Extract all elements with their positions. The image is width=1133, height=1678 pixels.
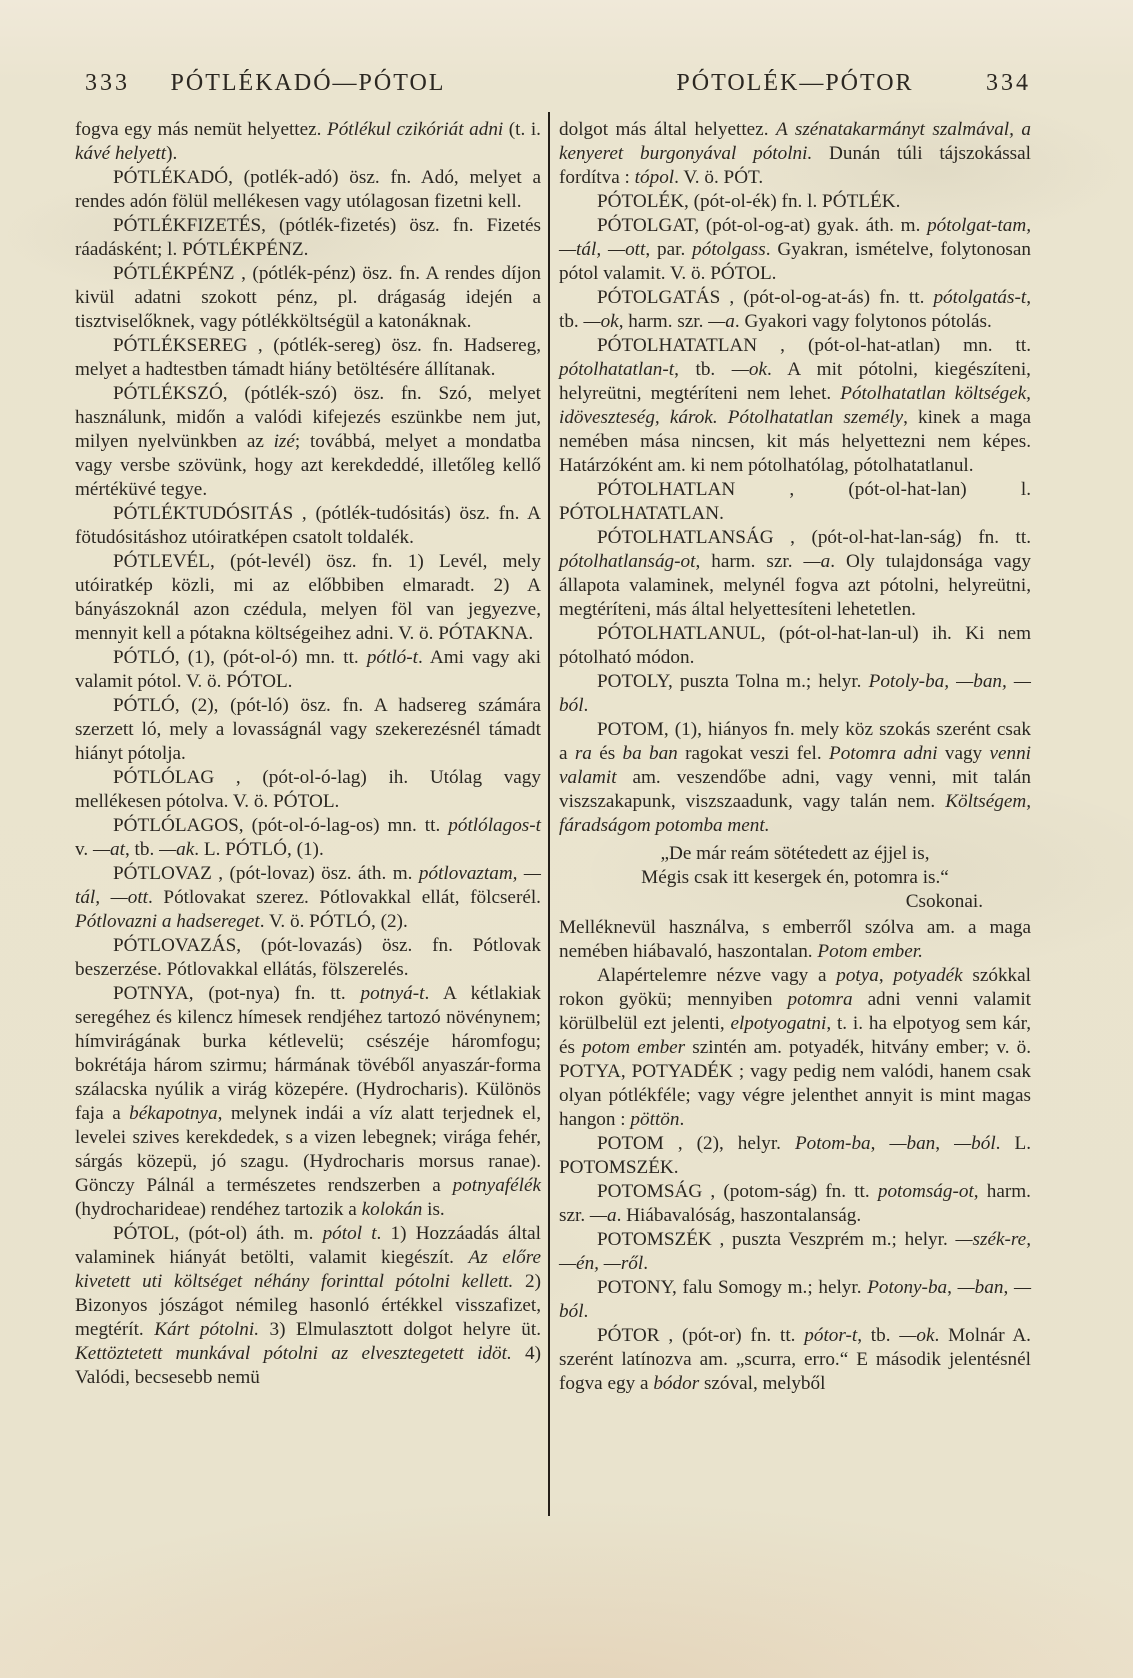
dictionary-entry: PÓTOLHATATLAN , (pót-ol-hat-atlan) mn. t… [559, 334, 1031, 478]
dictionary-entry: POTOM, (1), hiányos fn. mely köz szokás … [559, 718, 1031, 838]
dictionary-entry: PÓTOLGATÁS , (pót-ol-og-at-ás) fn. tt. p… [559, 286, 1031, 334]
dictionary-entry: PÓTOLHATLANSÁG , (pót-ol-hat-lan-ság) fn… [559, 526, 1031, 622]
dictionary-entry: PÓTLÉKSEREG , (pótlék-sereg) ösz. fn. Ha… [75, 334, 541, 382]
dictionary-entry: PÓTLÉKSZÓ, (pótlék-szó) ösz. fn. Szó, me… [75, 382, 541, 502]
running-head-title-left: PÓTLÉKADÓ—PÓTOL [171, 70, 446, 96]
page-number-right: 334 [986, 70, 1031, 97]
dictionary-entry: PÓTOR , (pót-or) fn. tt. pótor-t, tb. —o… [559, 1324, 1031, 1396]
dictionary-entry: PÓTLÉKPÉNZ , (pótlék-pénz) ösz. fn. A re… [75, 262, 541, 334]
continuation-paragraph: Melléknevül használva, s emberről szólva… [559, 916, 1031, 964]
running-head-title-right: PÓTOLÉK—PÓTOR [676, 70, 913, 96]
dictionary-entry: PÓTLÉKFIZETÉS, (pótlék-fizetés) ösz. fn.… [75, 214, 541, 262]
left-column: fogva egy más nemüt helyettez. Pótlékul … [75, 118, 541, 1390]
dictionary-entry: PÓTLÓLAG , (pót-ol-ó-lag) ih. Utólag vag… [75, 766, 541, 814]
dictionary-entry: POTOMSÁG , (potom-ság) fn. tt. potomság-… [559, 1180, 1031, 1228]
page-number-left: 333 [85, 70, 130, 97]
dictionary-entry: PÓTLÓ, (1), (pót-ol-ó) mn. tt. pótló-t. … [75, 646, 541, 694]
dictionary-entry: PÓTLÓ, (2), (pót-ló) ösz. fn. A hadsereg… [75, 694, 541, 766]
dictionary-entry: PÓTLEVÉL, (pót-levél) ösz. fn. 1) Levél,… [75, 550, 541, 646]
verse-line: „De már reám sötétedett az éjjel is, [559, 842, 1031, 866]
right-column: dolgot más által helyettez. A szénatakar… [559, 118, 1031, 1396]
dictionary-page-scan: 333 PÓTLÉKADÓ—PÓTOL PÓTOLÉK—PÓTOR 334 fo… [0, 0, 1133, 1678]
verse-attribution: Csokonai. [559, 890, 1031, 914]
column-divider-rule [548, 112, 550, 1516]
dictionary-entry: PÓTLÓLAGOS, (pót-ol-ó-lag-os) mn. tt. pó… [75, 814, 541, 862]
running-head-left: 333 PÓTLÉKADÓ—PÓTOL [75, 70, 541, 104]
dictionary-entry: PÓTOLHATLAN , (pót-ol-hat-lan) l. PÓTOLH… [559, 478, 1031, 526]
verse-line: Mégis csak itt kesergek én, potomra is.“ [559, 866, 1031, 890]
running-head-right: PÓTOLÉK—PÓTOR 334 [559, 70, 1031, 104]
dictionary-entry: POTOMSZÉK , puszta Veszprém m.; helyr. —… [559, 1228, 1031, 1276]
dictionary-entry: PÓTLOVAZ , (pót-lovaz) ösz. áth. m. pótl… [75, 862, 541, 934]
continuation-paragraph: fogva egy más nemüt helyettez. Pótlékul … [75, 118, 541, 166]
verse-quote: „De már reám sötétedett az éjjel is,Mégi… [559, 842, 1031, 914]
dictionary-entry: POTOM , (2), helyr. Potom-ba, —ban, —ból… [559, 1132, 1031, 1180]
dictionary-entry: PÓTLOVAZÁS, (pót-lovazás) ösz. fn. Pótlo… [75, 934, 541, 982]
dictionary-entry: POTNYA, (pot-nya) fn. tt. potnyá-t. A ké… [75, 982, 541, 1222]
continuation-paragraph: dolgot más által helyettez. A szénatakar… [559, 118, 1031, 190]
dictionary-entry: POTONY, falu Somogy m.; helyr. Potony-ba… [559, 1276, 1031, 1324]
dictionary-entry: PÓTOL, (pót-ol) áth. m. pótol t. 1) Hozz… [75, 1222, 541, 1390]
dictionary-entry: PÓTLÉKTUDÓSITÁS , (pótlék-tudósitás) ösz… [75, 502, 541, 550]
dictionary-entry: PÓTOLHATLANUL, (pót-ol-hat-lan-ul) ih. K… [559, 622, 1031, 670]
dictionary-entry: Alapértelemre nézve vagy a potya, potyad… [559, 964, 1031, 1132]
dictionary-entry: POTOLY, puszta Tolna m.; helyr. Potoly-b… [559, 670, 1031, 718]
dictionary-entry: PÓTLÉKADÓ, (potlék-adó) ösz. fn. Adó, me… [75, 166, 541, 214]
dictionary-entry: PÓTOLGAT, (pót-ol-og-at) gyak. áth. m. p… [559, 214, 1031, 286]
dictionary-entry: PÓTOLÉK, (pót-ol-ék) fn. l. PÓTLÉK. [559, 190, 1031, 214]
